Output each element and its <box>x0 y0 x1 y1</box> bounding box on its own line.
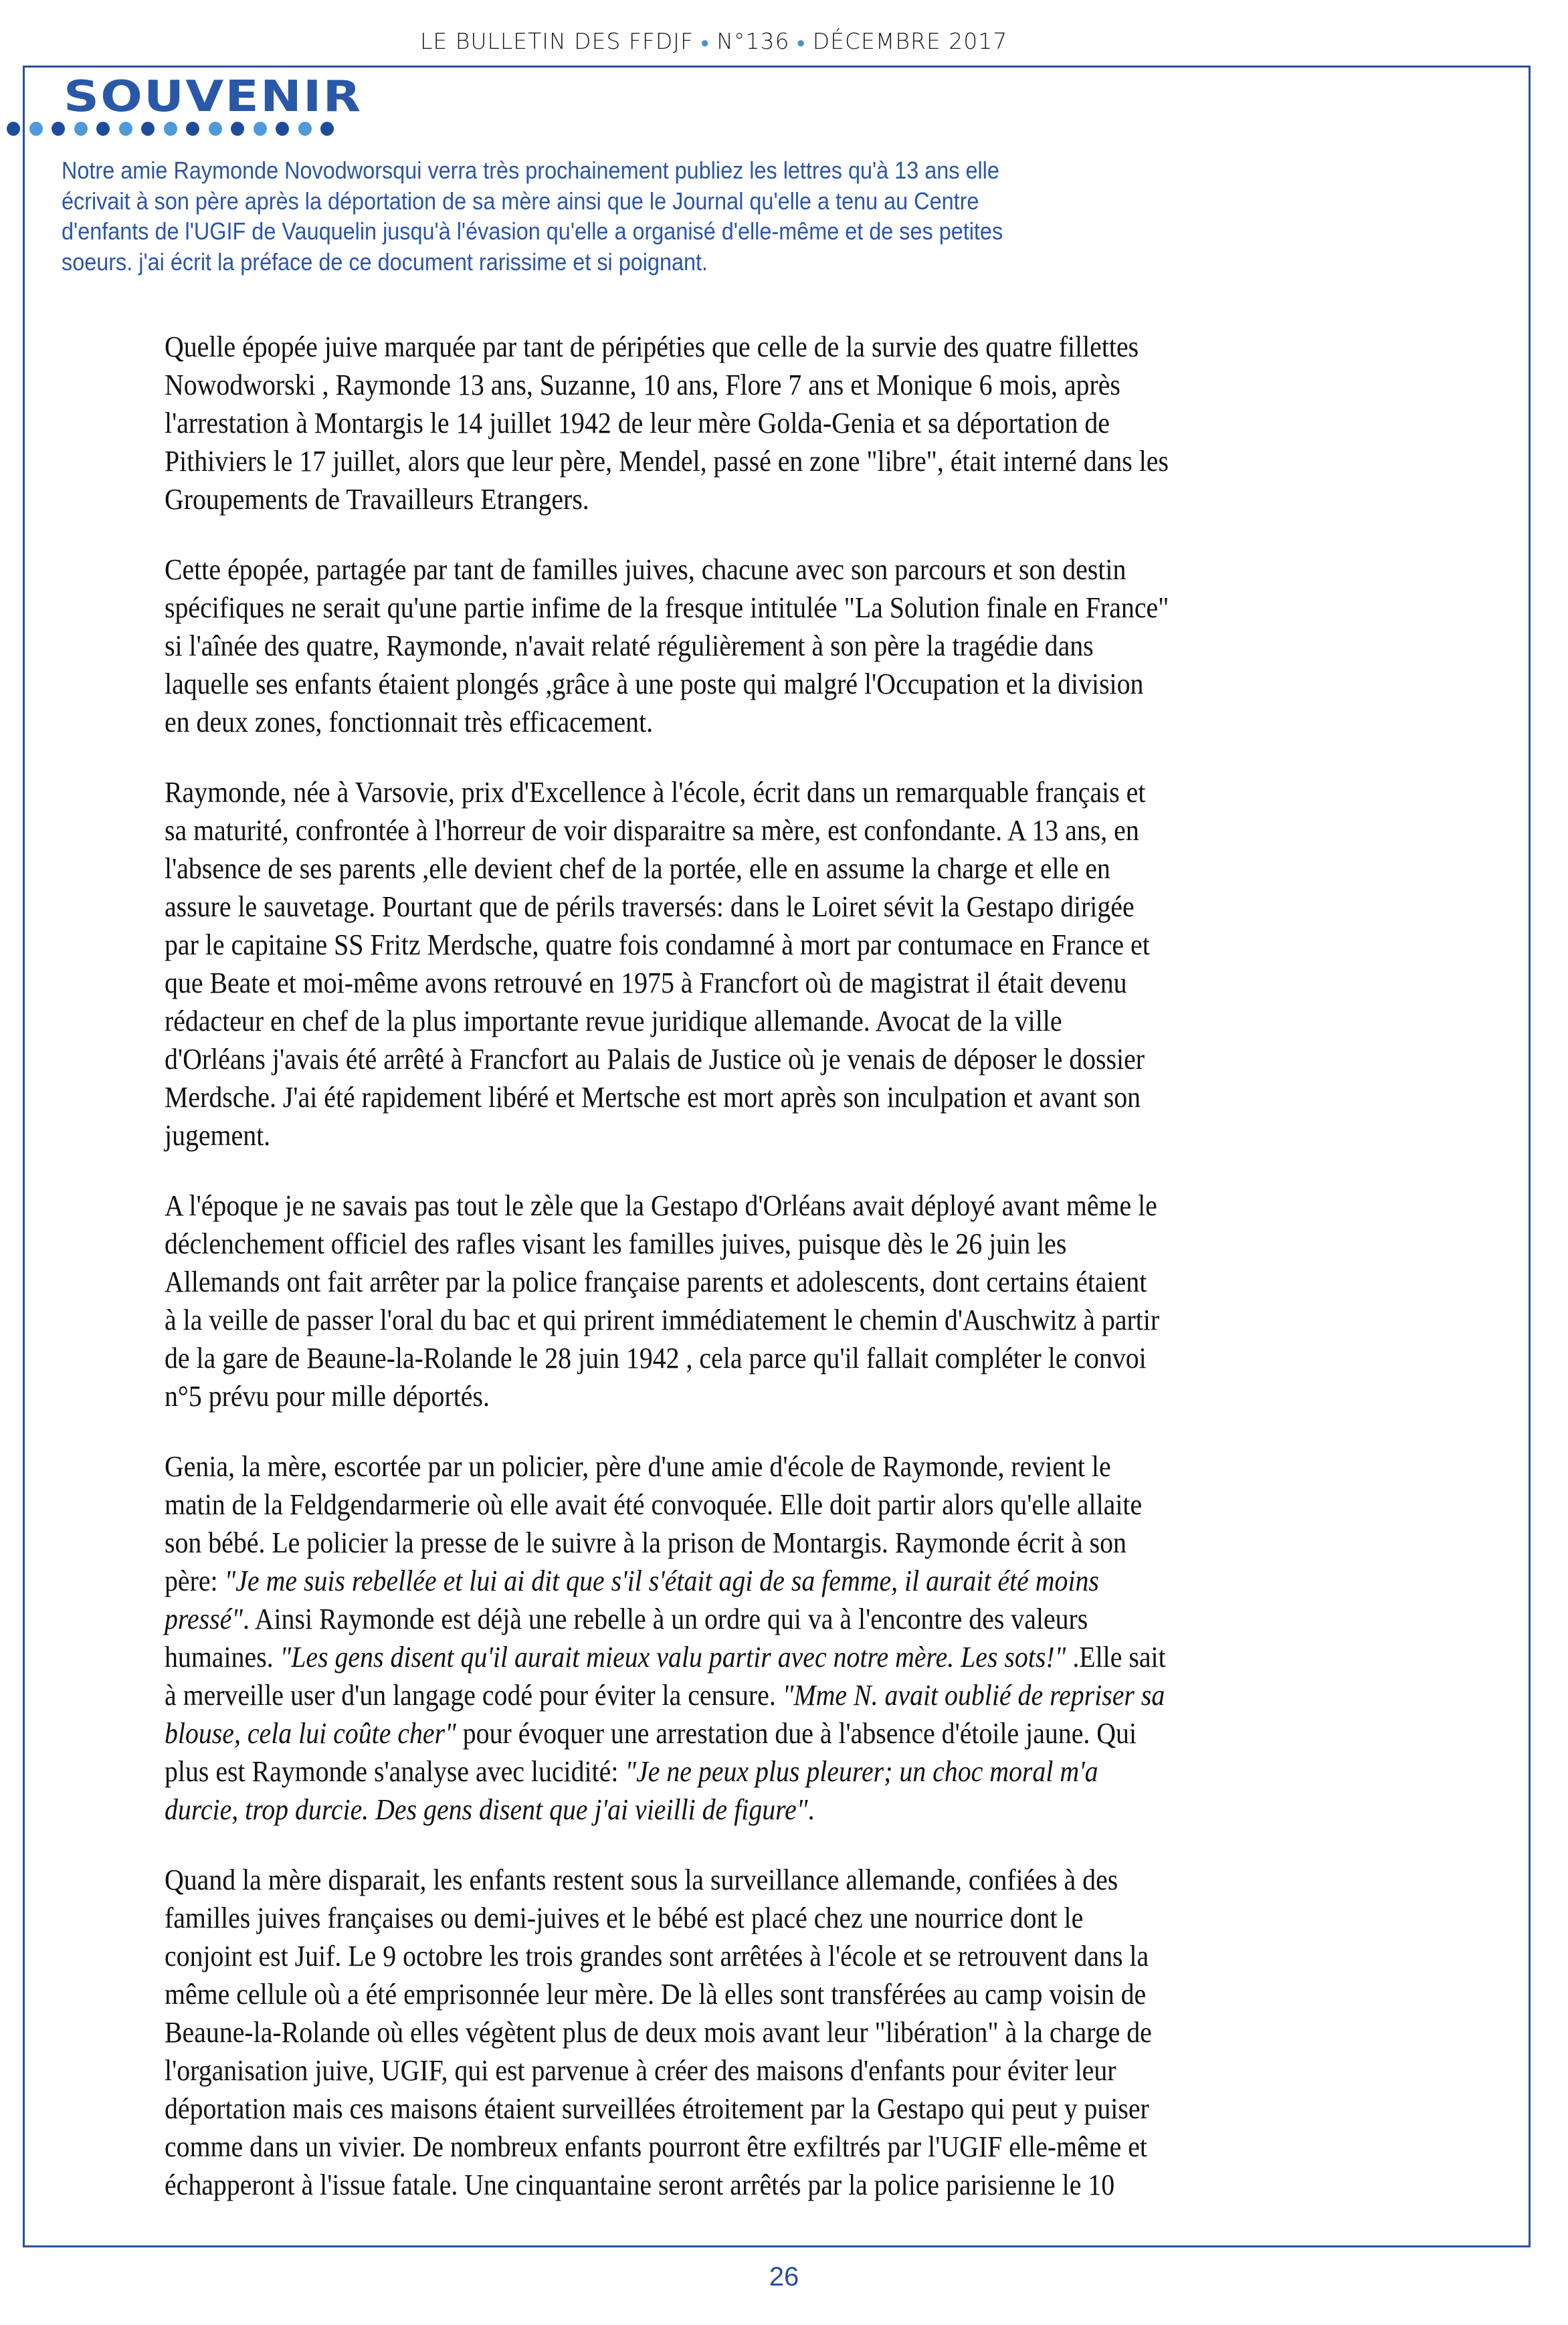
text-line: l'organisation juive, UGIF, qui est parv… <box>165 2051 1375 2090</box>
text-line: Cette épopée, partagée par tant de famil… <box>165 550 1375 589</box>
text-line: blouse, cela lui coûte cher" pour évoque… <box>165 1714 1375 1752</box>
text-run: par le capitaine SS Fritz Merdsche, quat… <box>165 928 1150 961</box>
text-run: A l'époque je ne savais pas tout le zèle… <box>165 1189 1157 1222</box>
text-line: assure le sauvetage. Pourtant que de pér… <box>165 888 1375 926</box>
article-paragraph: Quelle épopée juive marquée par tant de … <box>165 328 1502 518</box>
text-line: que Beate et moi-même avons retrouvé en … <box>165 964 1375 1002</box>
text-line: l'arrestation à Montargis le 14 juillet … <box>165 404 1375 442</box>
text-run: déportation mais ces maisons étaient sur… <box>165 2092 1149 2125</box>
dot-icon <box>96 122 110 136</box>
text-run: que Beate et moi-même avons retrouvé en … <box>165 967 1127 999</box>
text-line: à la veille de passer l'oral du bac et q… <box>165 1301 1375 1339</box>
dot-icon <box>52 122 65 136</box>
quotation: blouse, cela lui coûte cher" <box>165 1717 456 1750</box>
text-run: . Ainsi Raymonde est déjà une rebelle à … <box>243 1603 1088 1635</box>
article-paragraph: Quand la mère disparait, les enfants res… <box>165 1861 1502 2204</box>
issue-date: DÉCEMBRE 2017 <box>813 28 1008 54</box>
bullet-separator-icon: ● <box>700 35 710 52</box>
text-line: échapperont à l'issue fatale. Une cinqua… <box>165 2166 1375 2204</box>
article-paragraph: Cette épopée, partagée par tant de famil… <box>165 550 1502 741</box>
text-run: . <box>808 1793 815 1826</box>
text-run: d'Orléans j'avais été arrêté à Francfort… <box>165 1043 1145 1076</box>
text-run: sa maturité, confrontée à l'horreur de v… <box>165 814 1139 847</box>
text-run: comme dans un vivier. De nombreux enfant… <box>165 2130 1147 2163</box>
text-run: rédacteur en chef de la plus importante … <box>165 1005 1062 1037</box>
quotation: "Je ne peux plus pleurer; un choc moral … <box>625 1755 1098 1788</box>
text-run: à merveille user d'un langage codé pour … <box>165 1679 783 1712</box>
text-line: plus est Raymonde s'analyse avec lucidit… <box>165 1752 1375 1791</box>
dot-icon <box>186 122 199 136</box>
dot-icon <box>209 122 222 136</box>
text-line: à merveille user d'un langage codé pour … <box>165 1676 1375 1714</box>
text-line: Quelle épopée juive marquée par tant de … <box>165 328 1375 366</box>
text-line: rédacteur en chef de la plus importante … <box>165 1002 1375 1040</box>
text-line: humaines. "Les gens disent qu'il aurait … <box>165 1638 1375 1676</box>
text-run: l'organisation juive, UGIF, qui est parv… <box>165 2054 1116 2087</box>
quotation: "Mme N. avait oublié de repriser sa <box>783 1679 1165 1712</box>
text-run: Beaune-la-Rolande où elles végètent plus… <box>165 2016 1152 2049</box>
page-number: 26 <box>0 2262 1568 2292</box>
text-line: Nowodworski , Raymonde 13 ans, Suzanne, … <box>165 366 1375 404</box>
text-line: laquelle ses enfants étaient plongés ,gr… <box>165 665 1375 703</box>
text-run: Quand la mère disparait, les enfants res… <box>165 1863 1118 1896</box>
text-run: .Elle sait <box>1066 1641 1165 1674</box>
text-line: Allemands ont fait arrêter par la police… <box>165 1263 1375 1301</box>
text-line: père: "Je me suis rebellée et lui ai dit… <box>165 1562 1375 1600</box>
text-run: Allemands ont fait arrêter par la police… <box>165 1266 1147 1298</box>
text-line: jugement. <box>165 1116 1375 1154</box>
text-run: de la gare de Beaune-la-Rolande le 28 ju… <box>165 1342 1147 1375</box>
text-run: Quelle épopée juive marquée par tant de … <box>165 330 1139 363</box>
text-run: échapperont à l'issue fatale. Une cinqua… <box>165 2168 1114 2201</box>
text-run: si l'aînée des quatre, Raymonde, n'avait… <box>165 629 1094 662</box>
text-line: de la gare de Beaune-la-Rolande le 28 ju… <box>165 1339 1375 1377</box>
decorative-dot-row <box>7 122 334 136</box>
quotation: "Les gens disent qu'il aurait mieux valu… <box>280 1641 1066 1674</box>
text-run: Cette épopée, partagée par tant de famil… <box>165 553 1126 586</box>
text-line: durcie, trop durcie. Des gens disent que… <box>165 1791 1375 1829</box>
text-run: Merdsche. J'ai été rapidement libéré et … <box>165 1081 1141 1114</box>
dot-icon <box>231 122 244 136</box>
dot-icon <box>254 122 267 136</box>
dot-icon <box>74 122 88 136</box>
text-run: jugement. <box>165 1119 270 1152</box>
quotation: "Je me suis rebellée et lui ai dit que s… <box>225 1564 1099 1597</box>
text-line: son bébé. Le policier la presse de le su… <box>165 1524 1375 1562</box>
article-paragraph: A l'époque je ne savais pas tout le zèle… <box>165 1187 1502 1415</box>
text-line: déportation mais ces maisons étaient sur… <box>165 2090 1375 2128</box>
section-rubric: SOUVENIR <box>64 72 363 122</box>
text-line: par le capitaine SS Fritz Merdsche, quat… <box>165 926 1375 964</box>
text-run: en deux zones, fonctionnait très efficac… <box>165 706 653 738</box>
text-run: l'absence de ses parents ,elle devient c… <box>165 852 1110 885</box>
text-line: en deux zones, fonctionnait très efficac… <box>165 703 1375 741</box>
text-line: Merdsche. J'ai été rapidement libéré et … <box>165 1078 1375 1116</box>
dot-icon <box>164 122 177 136</box>
article-intro: Notre amie Raymonde Novodworsqui verra t… <box>62 155 1205 277</box>
text-line: matin de la Feldgendarmerie où elle avai… <box>165 1486 1375 1524</box>
text-run: déclenchement officiel des rafles visant… <box>165 1227 1066 1260</box>
dot-icon <box>276 122 289 136</box>
text-run: laquelle ses enfants étaient plongés ,gr… <box>165 668 1143 700</box>
text-line: n°5 prévu pour mille déportés. <box>165 1377 1375 1415</box>
dot-icon <box>7 122 20 136</box>
text-run: Groupements de Travailleurs Etrangers. <box>165 483 589 516</box>
text-run: assure le sauvetage. Pourtant que de pér… <box>165 890 1135 923</box>
text-line: Beaune-la-Rolande où elles végètent plus… <box>165 2013 1375 2051</box>
dot-icon <box>141 122 155 136</box>
text-line: Pithiviers le 17 juillet, alors que leur… <box>165 442 1375 480</box>
text-line: déclenchement officiel des rafles visant… <box>165 1225 1375 1263</box>
text-run: Pithiviers le 17 juillet, alors que leur… <box>165 445 1169 478</box>
article-paragraph: Raymonde, née à Varsovie, prix d'Excelle… <box>165 773 1502 1154</box>
dot-icon <box>119 122 132 136</box>
text-line: comme dans un vivier. De nombreux enfant… <box>165 2128 1375 2166</box>
text-line: spécifiques ne serait qu'une partie infi… <box>165 589 1375 627</box>
dot-icon <box>29 122 43 136</box>
quotation: durcie, trop durcie. Des gens disent que… <box>165 1793 808 1826</box>
text-line: si l'aînée des quatre, Raymonde, n'avait… <box>165 627 1375 665</box>
text-line: sa maturité, confrontée à l'horreur de v… <box>165 811 1375 849</box>
publication-name: LE BULLETIN DES FFDJF <box>420 28 694 54</box>
text-line: Genia, la mère, escortée par un policier… <box>165 1447 1375 1486</box>
dot-icon <box>298 122 312 136</box>
article-body: Quelle épopée juive marquée par tant de … <box>165 328 1502 2236</box>
issue-number: N°136 <box>716 28 789 54</box>
running-head: LE BULLETIN DES FFDJF●N°136●DÉCEMBRE 201… <box>420 28 1223 54</box>
text-run: pour évoquer une arrestation due à l'abs… <box>456 1717 1137 1750</box>
article-paragraph: Genia, la mère, escortée par un policier… <box>165 1447 1502 1829</box>
text-line: l'absence de ses parents ,elle devient c… <box>165 849 1375 888</box>
text-run: conjoint est Juif. Le 9 octobre les troi… <box>165 1940 1149 1973</box>
text-run: Nowodworski , Raymonde 13 ans, Suzanne, … <box>165 369 1120 401</box>
text-run: à la veille de passer l'oral du bac et q… <box>165 1304 1159 1336</box>
text-run: son bébé. Le policier la presse de le su… <box>165 1526 1126 1559</box>
text-line: Groupements de Travailleurs Etrangers. <box>165 480 1375 518</box>
text-run: familles juives françaises ou demi-juive… <box>165 1902 1083 1934</box>
text-run: humaines. <box>165 1641 280 1674</box>
text-run: Raymonde, née à Varsovie, prix d'Excelle… <box>165 776 1145 809</box>
bullet-separator-icon: ● <box>796 35 805 52</box>
dot-icon <box>320 122 334 136</box>
quotation: pressé" <box>165 1603 243 1635</box>
text-run: Genia, la mère, escortée par un policier… <box>165 1450 1111 1483</box>
text-run: même cellule où a été emprisonnée leur m… <box>165 1978 1146 2011</box>
text-run: matin de la Feldgendarmerie où elle avai… <box>165 1488 1142 1521</box>
text-run: spécifiques ne serait qu'une partie infi… <box>165 591 1169 624</box>
text-line: même cellule où a été emprisonnée leur m… <box>165 1975 1375 2013</box>
text-run: l'arrestation à Montargis le 14 juillet … <box>165 407 1110 439</box>
text-line: familles juives françaises ou demi-juive… <box>165 1899 1375 1937</box>
text-line: Quand la mère disparait, les enfants res… <box>165 1861 1375 1899</box>
text-run: plus est Raymonde s'analyse avec lucidit… <box>165 1755 625 1788</box>
text-line: Raymonde, née à Varsovie, prix d'Excelle… <box>165 773 1375 811</box>
text-line: d'Orléans j'avais été arrêté à Francfort… <box>165 1040 1375 1078</box>
text-run: père: <box>165 1564 225 1597</box>
text-line: pressé". Ainsi Raymonde est déjà une reb… <box>165 1600 1375 1638</box>
text-line: conjoint est Juif. Le 9 octobre les troi… <box>165 1937 1375 1975</box>
text-run: n°5 prévu pour mille déportés. <box>165 1380 490 1413</box>
text-line: A l'époque je ne savais pas tout le zèle… <box>165 1187 1375 1225</box>
